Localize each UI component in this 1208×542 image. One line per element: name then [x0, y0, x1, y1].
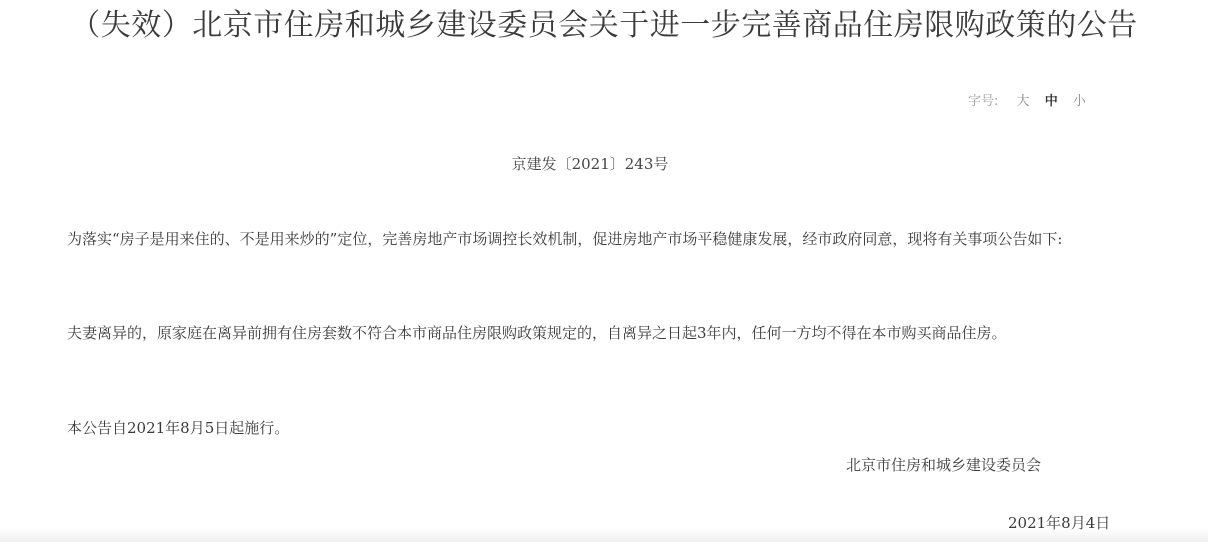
font-size-label: 字号:: [968, 94, 998, 109]
font-size-control: 字号: 大 中 小: [968, 93, 1097, 111]
document-number: 京建发〔2021〕243号: [0, 154, 1180, 174]
font-size-large-button[interactable]: 大: [1017, 94, 1030, 109]
paragraph-effective-date: 本公告自2021年8月5日起施行。: [36, 410, 1156, 446]
font-size-small-button[interactable]: 小: [1073, 94, 1086, 109]
bottom-fade-divider: [0, 528, 1208, 542]
paragraph-intro: 为落实“房子是用来住的、不是用来炒的”定位，完善房地产市场调控长效机制，促进房地…: [36, 221, 1156, 257]
page-title: （失效）北京市住房和城乡建设委员会关于进一步完善商品住房限购政策的公告: [0, 6, 1208, 46]
issuer-signature: 北京市住房和城乡建设委员会: [846, 455, 1041, 475]
paragraph-divorce-rule: 夫妻离异的，原家庭在离异前拥有住房套数不符合本市商品住房限购政策规定的，自离异之…: [36, 315, 1156, 351]
font-size-medium-button[interactable]: 中: [1045, 94, 1058, 109]
